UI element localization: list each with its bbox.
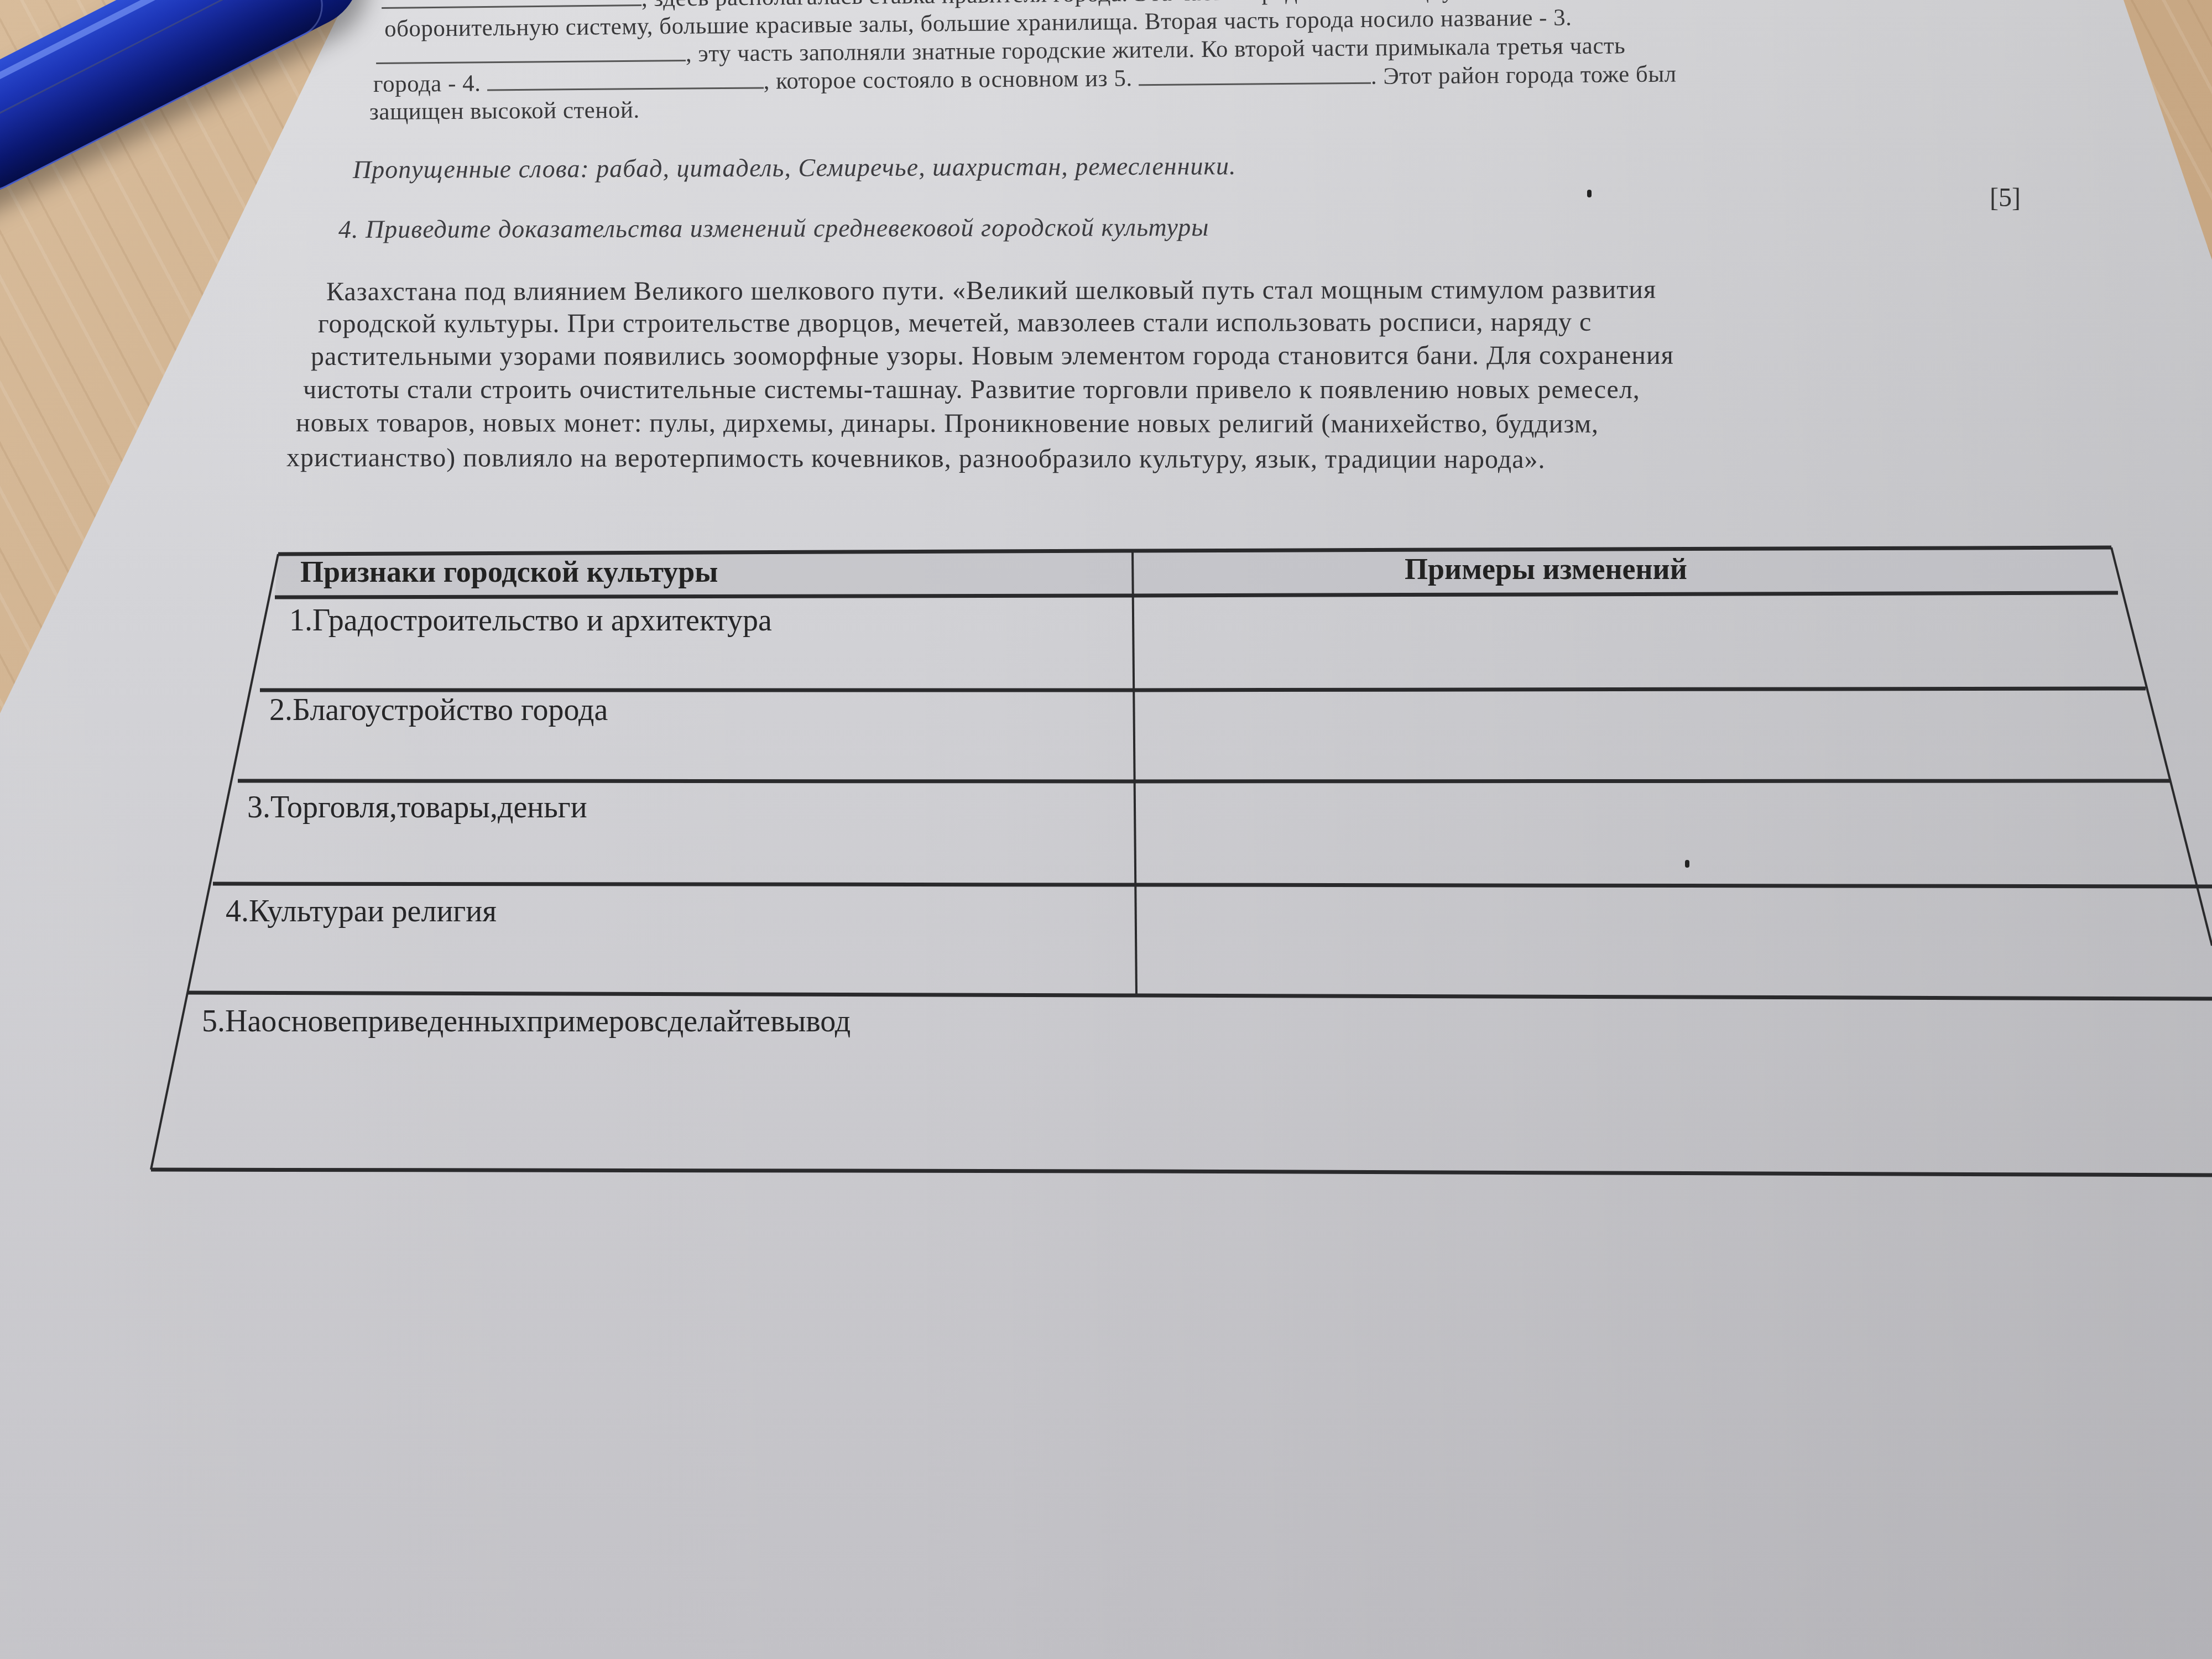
- conclusion-label: 5.Наосновеприведенныхпримеровсделайтевыв…: [202, 1004, 851, 1039]
- table-row-answer-cell[interactable]: [1150, 694, 2135, 777]
- stray-mark: [1685, 860, 1689, 868]
- table-row-label: 2.Благоустройство города: [269, 692, 608, 728]
- table-row-answer-cell[interactable]: [1150, 785, 2168, 879]
- table-row-answer-cell[interactable]: [1150, 890, 2201, 990]
- table-row-label: 3.Торговля,товары,деньги: [247, 790, 587, 825]
- stray-mark: [1587, 190, 1592, 197]
- table-header-signs: Признаки городской культуры: [300, 555, 718, 589]
- table-row-answer-cell[interactable]: [1150, 603, 2090, 686]
- table-row-label: 4.Культураи религия: [226, 894, 497, 929]
- table-row-label: 1.Градостроительство и архитектура: [289, 603, 772, 638]
- conclusion-answer-cell[interactable]: [182, 1051, 2173, 1161]
- table-header-examples: Примеры изменений: [1405, 552, 1687, 586]
